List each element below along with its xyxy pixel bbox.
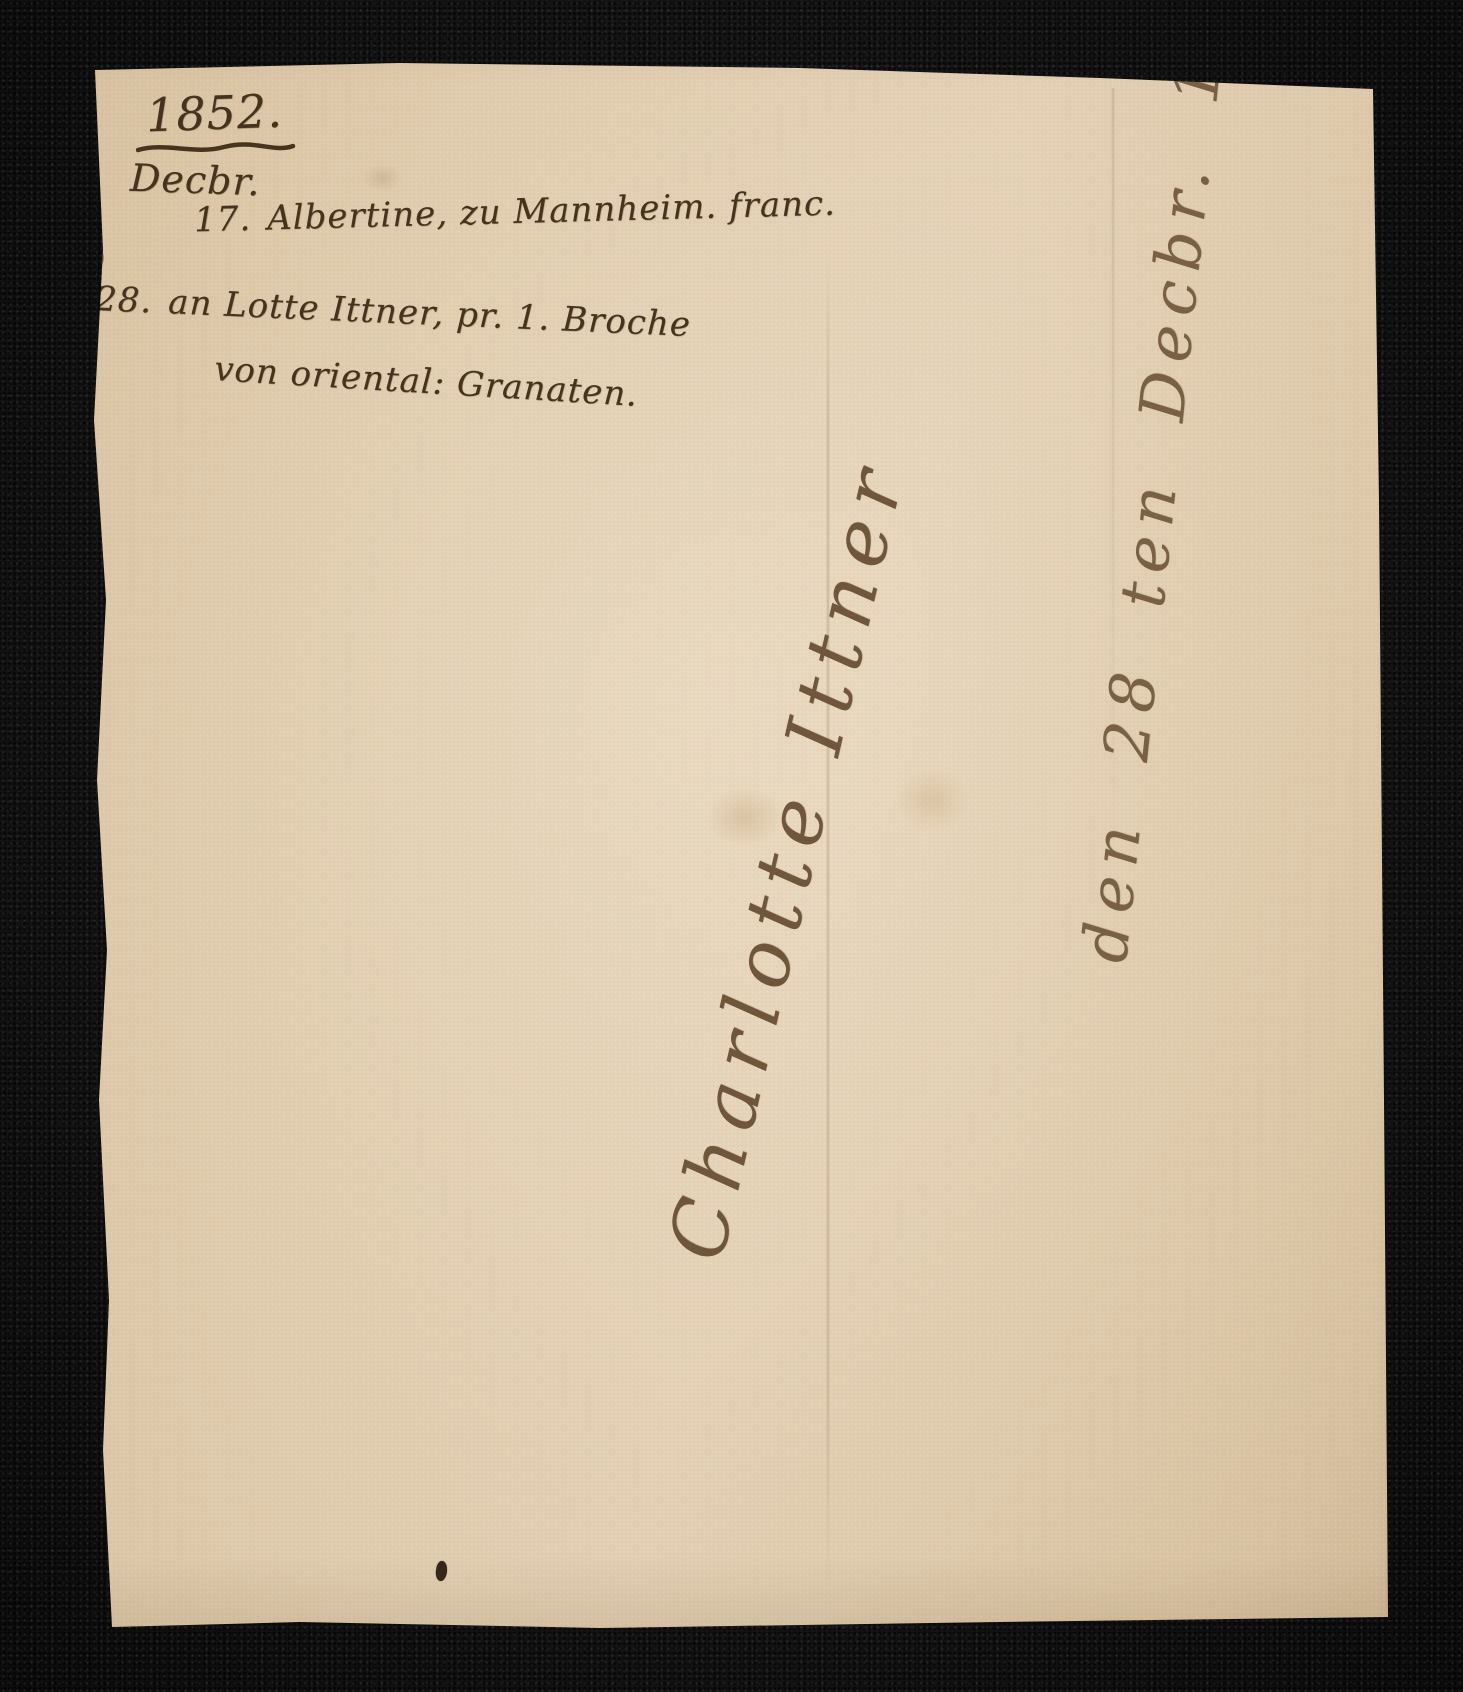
year-underline-flourish [136, 140, 296, 158]
year-heading-text: 1852. [145, 84, 284, 143]
month-heading: Decbr. [129, 156, 261, 205]
entry-day: 17. [194, 199, 252, 240]
manuscript-paper: 1852. Decbr. 17.Albertine, zu Mannheim. … [0, 0, 1463, 1692]
paper-edge-shading [0, 0, 1463, 1692]
year-heading: 1852. [145, 84, 284, 143]
month-heading-text: Decbr. [129, 156, 261, 205]
entry-day: 28. [94, 279, 153, 321]
photo-backdrop: 1852. Decbr. 17.Albertine, zu Mannheim. … [0, 0, 1463, 1692]
